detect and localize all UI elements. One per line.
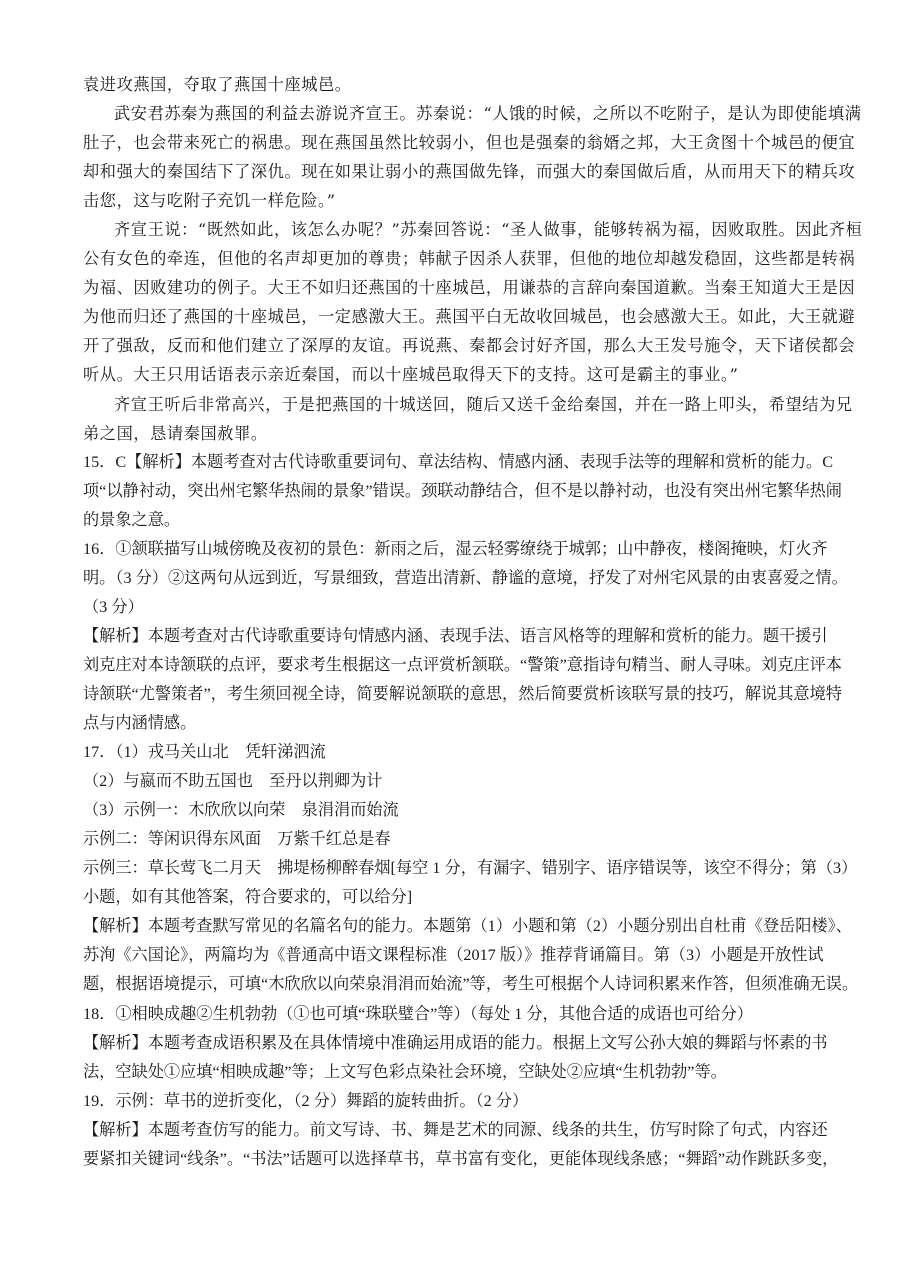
answer-16-analysis-line: 【解析】本题考查对古代诗歌重要诗句情感内涵、表现手法、语言风格等的理解和赏析的能… <box>83 622 819 651</box>
translation-line: 肚子，也会带来死亡的祸患。现在燕国虽然比较弱小，但也是强秦的翁婿之邦，大王贪图十… <box>83 128 819 157</box>
translation-section: 袁进攻燕国，夺取了燕国十座城邑。 武安君苏秦为燕国的利益去游说齐宣王。苏秦说：“… <box>83 70 819 448</box>
answer-16-score: （3 分） <box>83 593 819 622</box>
answer-19-line: 19．示例：草书的逆折变化，（2 分）舞蹈的旋转曲折。（2 分） <box>83 1087 819 1116</box>
answer-18-analysis-line: 法，空缺处①应填“相映成趣”等；上文写色彩点染社会环境，空缺处②应填“生机勃勃”… <box>83 1058 819 1087</box>
translation-paragraph-start: 齐宣王说：“既然如此，该怎么办呢？”苏秦回答说：“圣人做事，能够转祸为福，因败取… <box>83 215 819 244</box>
answer-17-part-3-example-3: 示例三：草长莺飞二月天 拂堤杨柳醉春烟[每空 1 分，有漏字、错别字、语序错误等… <box>83 854 819 883</box>
answer-16-analysis-line: 诗颔联“尤警策者”，考生须回视全诗，简要解说颔联的意思，然后简要赏析该联写景的技… <box>83 680 819 709</box>
translation-line: 为福、因败建功的例子。大王不如归还燕国的十座城邑，用谦恭的言辞向秦国道歉。当秦王… <box>83 273 819 302</box>
answer-18-analysis-line: 【解析】本题考查成语积累及在具体情境中准确运用成语的能力。根据上文写公孙大娘的舞… <box>83 1029 819 1058</box>
translation-line: 袁进攻燕国，夺取了燕国十座城邑。 <box>83 70 819 99</box>
answer-19-analysis-line: 【解析】本题考查仿写的能力。前文写诗、书、舞是艺术的同源、线条的共生，仿写时除了… <box>83 1116 819 1145</box>
document-page: 袁进攻燕国，夺取了燕国十座城邑。 武安君苏秦为燕国的利益去游说齐宣王。苏秦说：“… <box>83 70 819 1174</box>
translation-line: 听从。大王只用话语表示亲近秦国，而以十座城邑取得天下的支持。这可是霸主的事业。” <box>83 360 819 389</box>
translation-line: 却和强大的秦国结下了深仇。现在如果让弱小的燕国做先锋，而强大的秦国做后盾，从而用… <box>83 157 819 186</box>
translation-line: 开了强敌，反而和他们建立了深厚的友谊。再说燕、秦都会讨好齐国，那么大王发号施令，… <box>83 331 819 360</box>
translation-line: 弟之国，恳请秦国赦罪。 <box>83 419 819 448</box>
answer-16-line: 明。（3 分）②这两句从远到近，写景细致，营造出清新、静谧的意境，抒发了对州宅风… <box>83 564 819 593</box>
answer-16-analysis-line: 刘克庄对本诗颔联的点评，要求考生根据这一点评赏析颔联。“警策”意指诗句精当、耐人… <box>83 651 819 680</box>
answer-17-part-3-example-2: 示例二：等闲识得东风面 万紫千红总是春 <box>83 825 819 854</box>
answer-17-part-3-example-1: （3）示例一：木欣欣以向荣 泉涓涓而始流 <box>83 796 819 825</box>
answer-19-analysis-line: 要紧扣关键词“线条”。“书法”话题可以选择草书，草书富有变化，更能体现线条感；“… <box>83 1145 819 1174</box>
answer-16-line: 16．①颔联描写山城傍晚及夜初的景色：新雨之后，湿云轻雾缭绕于城郭；山中静夜，楼… <box>83 535 819 564</box>
answer-17-analysis-line: 题，根据语境提示，可填“木欣欣以向荣泉涓涓而始流”等，考生可根据个人诗词积累来作… <box>83 970 819 999</box>
translation-line: 为他而归还了燕国的十座城邑，一定感激大王。燕国平白无故收回城邑，也会感激大王。如… <box>83 302 819 331</box>
answer-16-analysis-line: 点与内涵情感。 <box>83 709 819 738</box>
answer-17-analysis-line: 【解析】本题考查默写常见的名篇名句的能力。本题第（1）小题和第（2）小题分别出自… <box>83 912 819 941</box>
answer-17-scoring-note: 小题，如有其他答案，符合要求的，可以给分] <box>83 883 819 912</box>
answer-18-line: 18．①相映成趣②生机勃勃（①也可填“珠联璧合”等）（每处 1 分，其他合适的成… <box>83 1000 819 1029</box>
answer-15-line: 15．C【解析】本题考查对古代诗歌重要词句、章法结构、情感内涵、表现手法等的理解… <box>83 448 819 477</box>
translation-paragraph-start: 武安君苏秦为燕国的利益去游说齐宣王。苏秦说：“人饿的时候，之所以不吃附子，是认为… <box>83 99 819 128</box>
answer-17-part-1: 17．（1）戎马关山北 凭轩涕泗流 <box>83 738 819 767</box>
translation-paragraph-start: 齐宣王听后非常高兴，于是把燕国的十城送回，随后又送千金给秦国，并在一路上叩头，希… <box>83 390 819 419</box>
answer-17-analysis-line: 苏洵《六国论》，两篇均为《普通高中语文课程标准（2017 版）》推荐背诵篇目。第… <box>83 941 819 970</box>
answers-section: 15．C【解析】本题考查对古代诗歌重要词句、章法结构、情感内涵、表现手法等的理解… <box>83 448 819 1174</box>
answer-17-part-2: （2）与嬴而不助五国也 至丹以荆卿为计 <box>83 767 819 796</box>
translation-line: 击您，这与吃附子充饥一样危险。” <box>83 186 819 215</box>
answer-15-line: 项“以静衬动，突出州宅繁华热闹的景象”错误。颈联动静结合，但不是以静衬动，也没有… <box>83 477 819 506</box>
answer-15-line: 的景象之意。 <box>83 506 819 535</box>
translation-line: 公有女色的牵连，但他的名声却更加的尊贵；韩献子因杀人获罪，但他的地位却越发稳固，… <box>83 244 819 273</box>
